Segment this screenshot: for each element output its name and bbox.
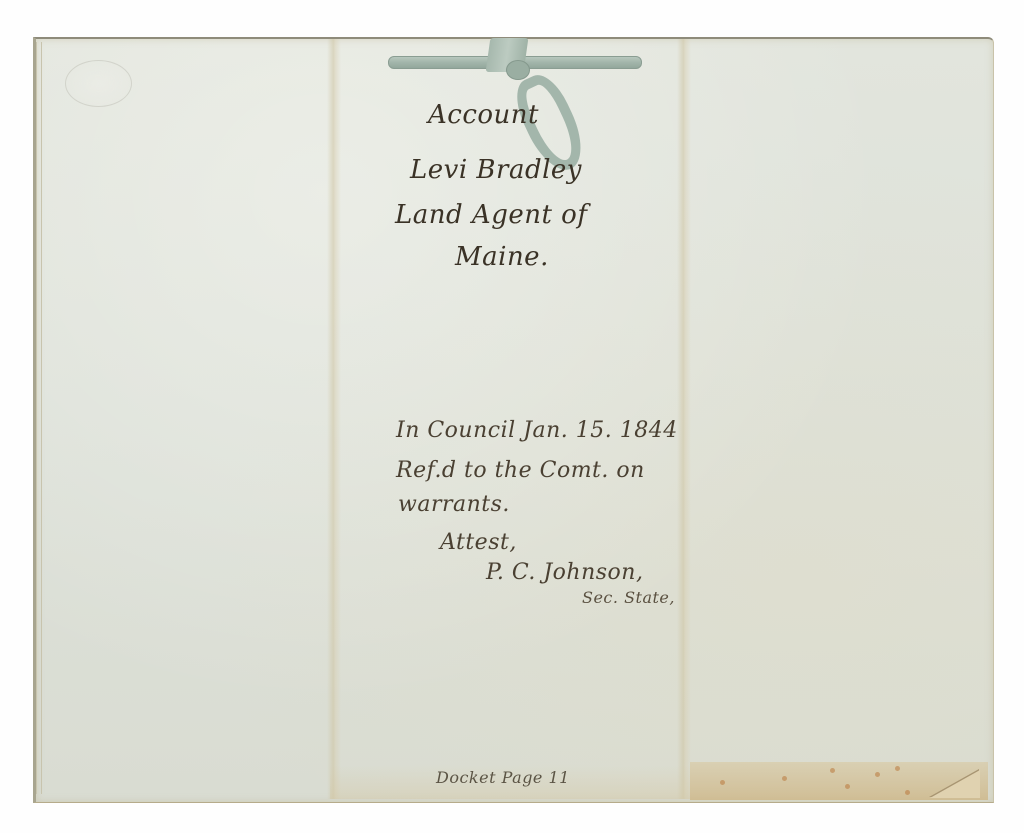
scanned-document-view: Account Levi Bradley Land Agent of Maine… — [0, 0, 1024, 833]
fold-crease-right — [677, 39, 691, 799]
title-account: Account — [428, 100, 539, 130]
foxing-spot — [895, 766, 900, 771]
ribbon-knot — [506, 60, 530, 80]
page-edge-stack — [36, 42, 42, 794]
embossed-seal-mark — [65, 60, 132, 107]
foxing-spot — [782, 776, 787, 781]
foxing-spot — [720, 780, 725, 785]
endorsement-referral-line: Ref.d to the Comt. on — [396, 458, 645, 483]
foxing-spot — [845, 784, 850, 789]
title-state: Maine. — [455, 242, 549, 272]
endorsement-signature: P. C. Johnson, — [486, 560, 643, 585]
endorsement-date-line: In Council Jan. 15. 1844 — [396, 418, 678, 443]
docket-page-note: Docket Page 11 — [436, 768, 570, 787]
foxing-spot — [905, 790, 910, 795]
fold-crease-left — [327, 39, 341, 799]
folded-corner — [930, 770, 980, 798]
title-role: Land Agent of — [395, 200, 587, 230]
endorsement-attest: Attest, — [440, 530, 517, 555]
endorsement-committee-line: warrants. — [398, 492, 510, 517]
foxing-spot — [830, 768, 835, 773]
foxing-spot — [875, 772, 880, 777]
endorsement-signature-title: Sec. State, — [582, 588, 675, 607]
title-name: Levi Bradley — [410, 155, 582, 185]
